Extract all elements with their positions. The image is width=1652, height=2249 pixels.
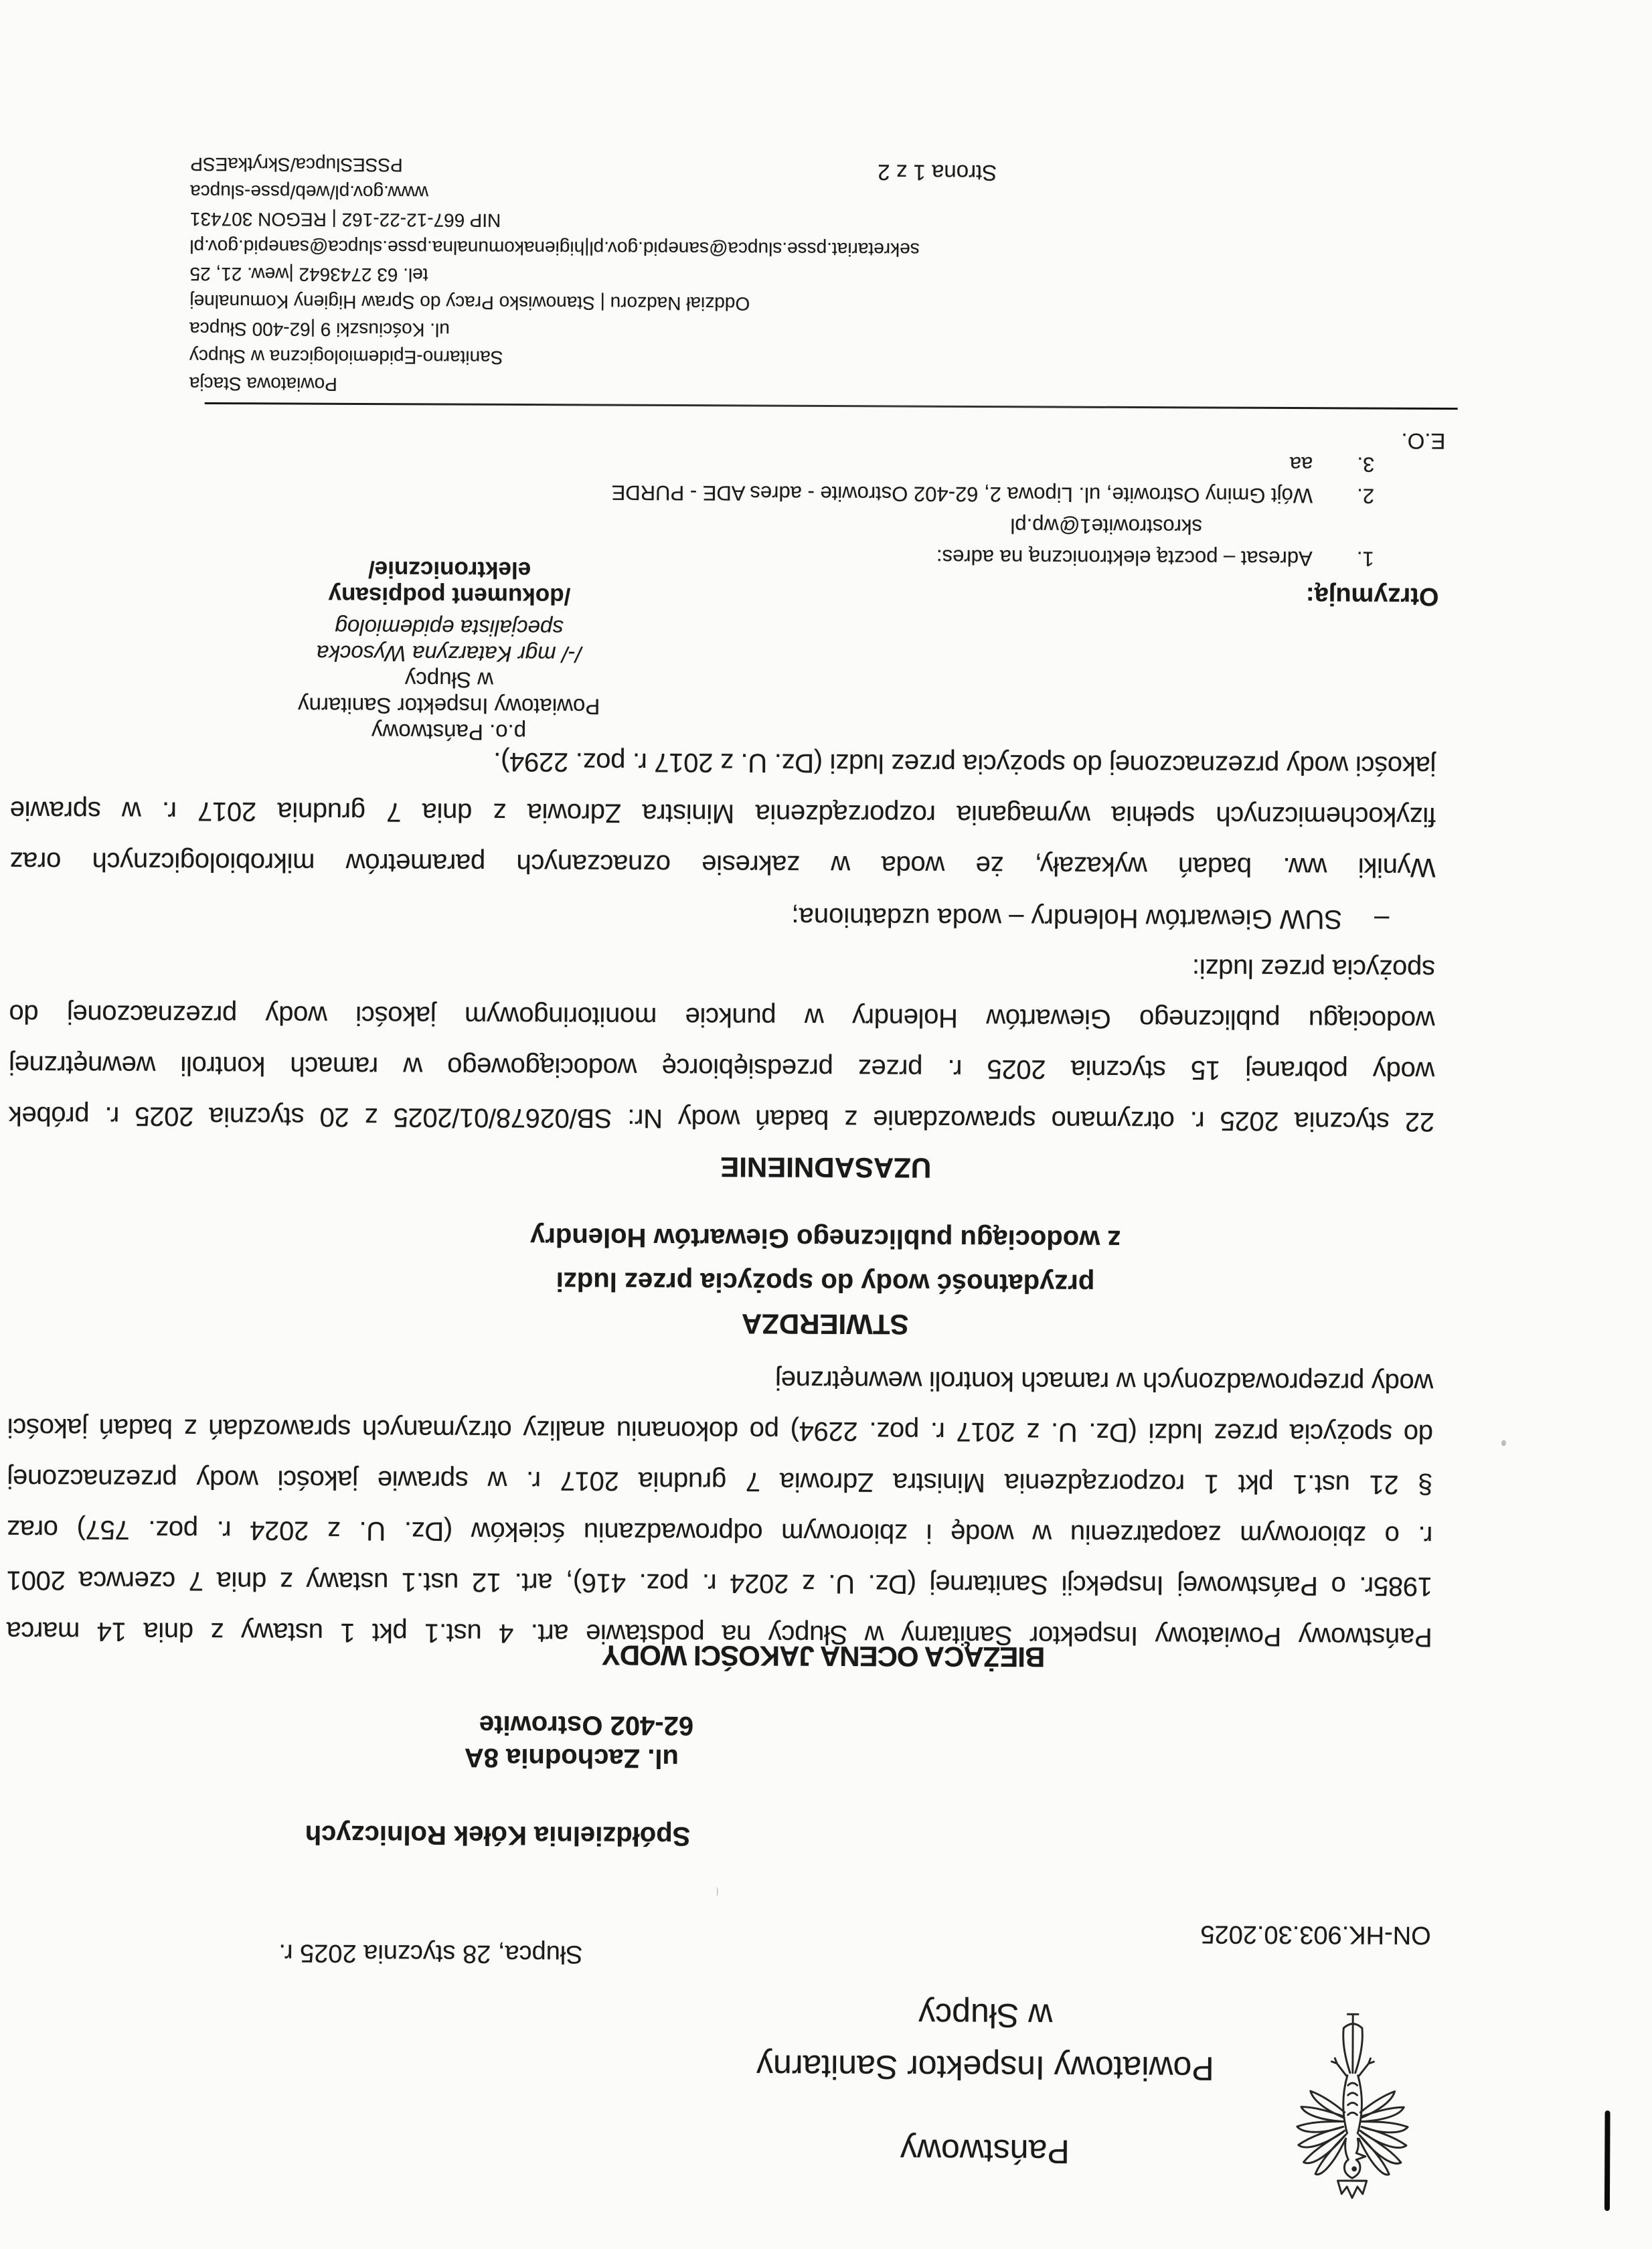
addressee-street: ul. Zachodnia 8A	[465, 1742, 679, 1773]
item-number: 1.	[1313, 543, 1374, 574]
justification-paragraph: 22 stycznia 2025 r. otrzymano sprawozdan…	[9, 938, 1435, 1147]
item-text: Wójt Gminy Ostrowite, ul. Lipowa 2, 62-4…	[612, 481, 1313, 508]
text-line: fizykochemicznych spełnia wymagania rozp…	[10, 785, 1436, 842]
closing-initials: E.O.	[1401, 428, 1445, 454]
footer-divider	[205, 402, 1458, 410]
scan-artifact-line	[1604, 2110, 1610, 2211]
text-line: do spożycia przez ludzi (Dz. U. z 2017 r…	[7, 1402, 1433, 1459]
item-text: aa	[1290, 452, 1313, 476]
text-line: Państwowy Powiatowy Inspektor Sanitarny …	[7, 1606, 1432, 1663]
scanned-letter-page: Państwowy Powiatowy Inspektor Sanitarny …	[0, 0, 1652, 2249]
text-line: ul. Kościuszki 9 |62-400 Słupca	[189, 315, 919, 346]
text-line: PSSESlupca/SkrytkaESP	[190, 151, 920, 181]
text-line: spożycia przez ludzi:	[9, 938, 1435, 995]
item-text: Adresat – pocztą elektroniczną na adres:	[936, 546, 1313, 570]
case-number: ON-HK.903.30.2025	[1200, 1919, 1431, 1949]
text-line: § 21 ust.1 pkt 1 rozporządzenia Ministra…	[7, 1453, 1433, 1510]
intro-paragraph: Państwowy Powiatowy Inspektor Sanitarny …	[7, 1351, 1434, 1663]
text-line: Powiatowa Stacja	[189, 370, 919, 401]
letterhead-org-name: Państwowy Powiatowy Inspektor Sanitarny …	[693, 1975, 1276, 2172]
signer-title: specjalista epidemiolog	[262, 614, 637, 641]
text-line: www.gov.pl/web/psse-slupca	[190, 178, 920, 209]
scan-speck	[1501, 1440, 1506, 1446]
water-supply-list-item: –SUW Giewartów Holendry – woda uzdatnion…	[791, 892, 1389, 945]
text-line: jakości wody przeznaczonej do spożycia p…	[10, 734, 1436, 791]
addressee-city: 62-402 Ostrowite	[479, 1710, 693, 1740]
distribution-item: 2.Wójt Gminy Ostrowite, ul. Lipowa 2, 62…	[301, 476, 1374, 512]
distribution-item-email: skrostrowite1@wp.pl	[301, 507, 1202, 543]
text-line: Oddział Nadzoru | Stanowisko Pracy do Sp…	[189, 288, 919, 319]
text-line: wody przeprowadzonych w ramach kontroli …	[7, 1351, 1433, 1408]
org-name-line: w Słupcy	[694, 1995, 1276, 2036]
text-line: r. o zbiorowym zaopatrzeniu w wodę i zbi…	[7, 1504, 1432, 1561]
place-date: Słupca, 28 stycznia 2025 r.	[278, 1938, 582, 1968]
text-line: wodociągu publicznego Giewartów Holendry…	[9, 989, 1435, 1046]
decision-line-2: z wodociągu publicznego Giewartów Holend…	[15, 1220, 1635, 1257]
signer-role-line: p.o. Państwowy	[261, 718, 636, 746]
org-name-line: Państwowy	[693, 2131, 1276, 2172]
decision-heading: STWIERDZA	[15, 1305, 1635, 1344]
list-item-text: SUW Giewartów Holendry – woda uzdatniona…	[791, 902, 1342, 934]
signer-name: /-/ mgr Katarzyna Wysocka	[262, 640, 637, 667]
results-paragraph: Wyniki ww. badań wykazały, że woda w zak…	[10, 734, 1436, 893]
decision-line-1: przydatność wody do spożycia przez ludzi	[15, 1264, 1635, 1301]
text-line: Wyniki ww. badań wykazały, że woda w zak…	[10, 836, 1436, 893]
footer-contact-block: Powiatowa StacjaSanitarno-Epidemiologicz…	[189, 151, 920, 401]
signer-role-line: Powiatowy Inspektor Sanitarny	[262, 692, 637, 720]
text-line: 1985r. o Państwowej Inspekcji Sanitarnej…	[7, 1555, 1432, 1612]
addressee-name: Spółdzielnia Kółek Rolniczych	[305, 1819, 691, 1851]
text-line: wody pobranej 15 stycznia 2025 r. przez …	[9, 1039, 1434, 1096]
org-name-line: Powiatowy Inspektor Sanitarny	[694, 2047, 1276, 2088]
signer-role-line: w Słupcy	[262, 666, 637, 693]
distribution-heading: Otrzymują:	[301, 577, 1438, 610]
polish-eagle-emblem-icon	[1285, 2007, 1420, 2205]
page-number: Strona 1 z 2	[878, 159, 997, 185]
item-number: 3.	[1313, 448, 1374, 480]
distribution-list: Otrzymują: 1.Adresat – pocztą elektronic…	[301, 444, 1439, 610]
justification-heading: UZASADNIENIE	[16, 1148, 1636, 1187]
text-line: tel. 63 2743642 |wew. 21, 25	[189, 260, 919, 291]
text-line: 22 stycznia 2025 r. otrzymano sprawozdan…	[9, 1090, 1434, 1147]
scan-speck	[715, 1887, 718, 1896]
scanned-document-viewport: Państwowy Powiatowy Inspektor Sanitarny …	[0, 0, 1652, 2249]
text-line: NIP 667-12-22-162 | REGON 307431	[190, 205, 920, 236]
text-line: Sanitarno-Epidemiologiczna w Słupcy	[189, 343, 919, 373]
distribution-item: 1.Adresat – pocztą elektroniczną na adre…	[301, 539, 1374, 575]
list-dash: –	[1374, 905, 1389, 934]
text-line: sekretariat.psse.slupca@sanepid.gov.pl|h…	[190, 233, 920, 264]
item-number: 2.	[1313, 480, 1374, 511]
distribution-item: 3.aa	[301, 444, 1374, 481]
